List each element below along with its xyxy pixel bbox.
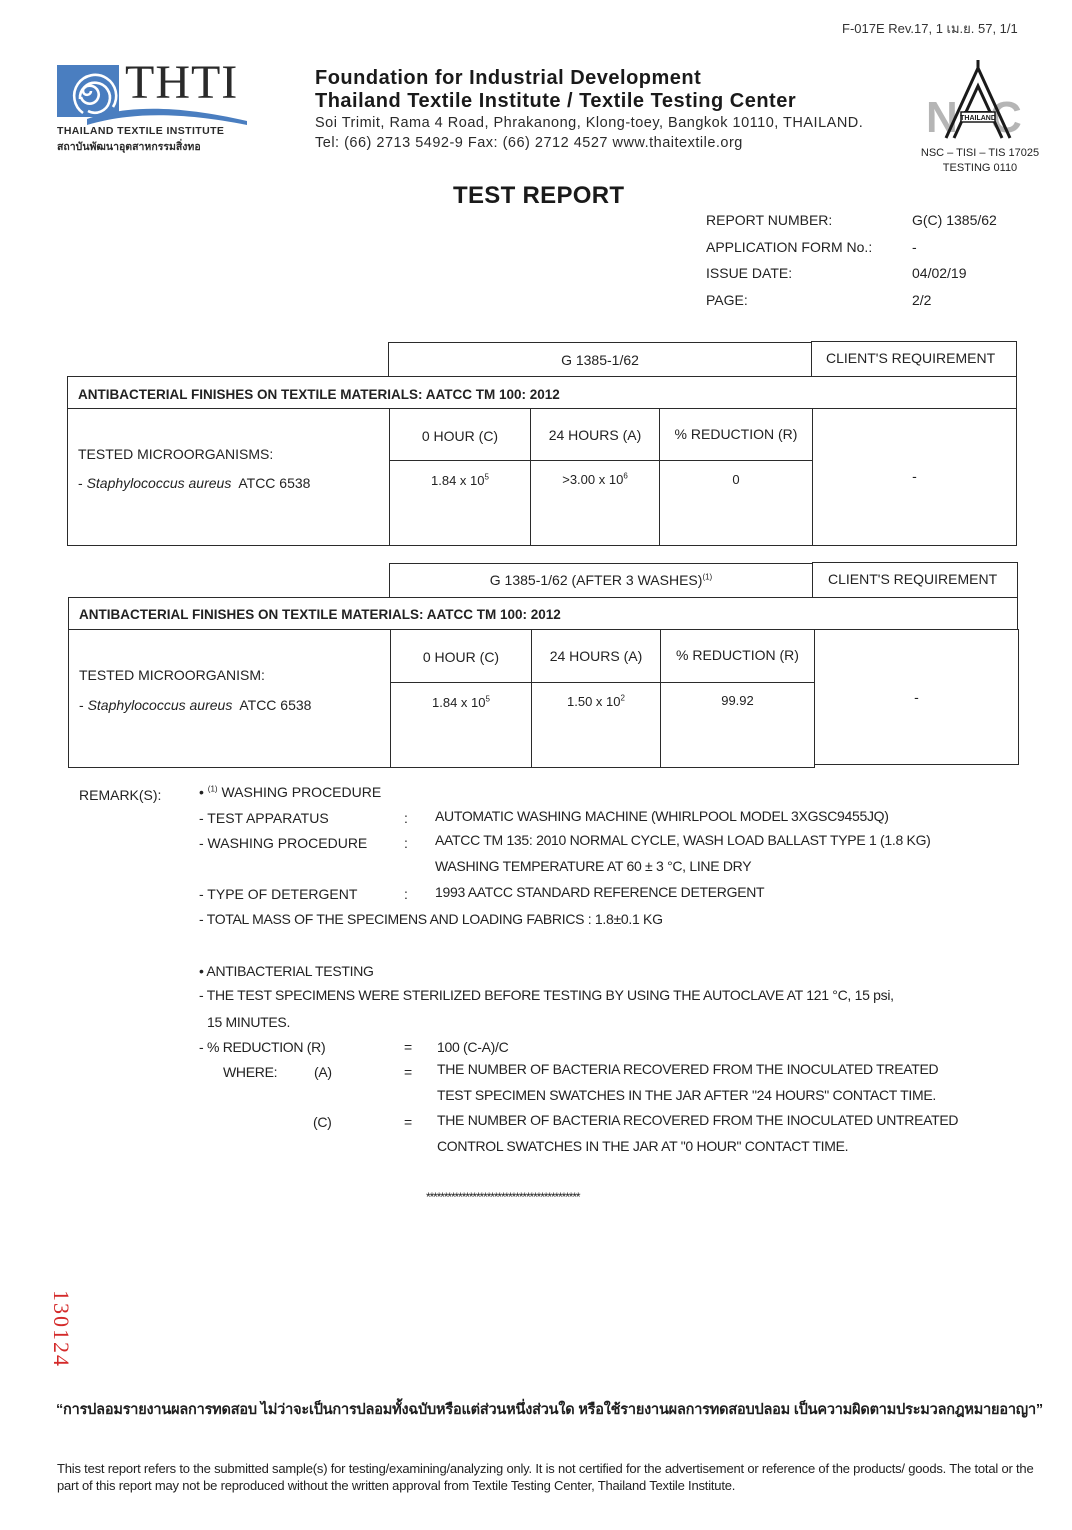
- meta-value: 04/02/19: [912, 265, 967, 281]
- remark-separator: :: [404, 886, 408, 902]
- meta-value: -: [912, 239, 917, 255]
- remark-value: AUTOMATIC WASHING MACHINE (WHIRLPOOL MOD…: [435, 808, 889, 824]
- c-label: (C): [313, 1114, 332, 1130]
- col-0-hour: 0 HOUR (C): [390, 649, 532, 665]
- organism: - Staphylococcus aureus ATCC 6538: [78, 475, 310, 491]
- remark-label: - WASHING PROCEDURE: [199, 835, 367, 851]
- col-0-hour: 0 HOUR (C): [389, 428, 531, 444]
- sterilization-line-2: 15 MINUTES.: [207, 1014, 290, 1030]
- client-requirement-header: CLIENT'S REQUIREMENT: [826, 350, 995, 366]
- serial-stamp: 130124: [44, 1290, 84, 1390]
- meta-value: 2/2: [912, 292, 931, 308]
- org-contact: Tel: (66) 2713 5492-9 Fax: (66) 2712 452…: [315, 133, 863, 153]
- remark-label: - TYPE OF DETERGENT: [199, 886, 357, 902]
- org-line-1: Foundation for Industrial Development: [315, 67, 863, 90]
- organism: - Staphylococcus aureus ATCC 6538: [79, 697, 311, 713]
- where-label: WHERE:: [223, 1064, 277, 1080]
- form-reference: F-017E Rev.17, 1 เม.ย. 57, 1/1: [842, 18, 1018, 39]
- remark-separator: :: [404, 810, 408, 826]
- col-24-hours: 24 HOURS (A): [531, 648, 661, 664]
- value-24-hours: 1.50 x 102: [531, 694, 661, 709]
- meta-label: ISSUE DATE:: [706, 265, 792, 281]
- stamp-number: 130124: [48, 1290, 74, 1368]
- nac-accreditation-icon: N C THAILAND: [928, 58, 1028, 146]
- c-definition-line-2: CONTROL SWATCHES IN THE JAR AT "0 HOUR" …: [437, 1138, 848, 1154]
- remark-value-continued: WASHING TEMPERATURE AT 60 ± 3 °C, LINE D…: [435, 858, 751, 874]
- accreditation-mark: N C THAILAND NSC – TISI – TIS 17025 TEST…: [922, 58, 1042, 178]
- a-definition-line-1: THE NUMBER OF BACTERIA RECOVERED FROM TH…: [437, 1061, 938, 1077]
- c-definition-line-1: THE NUMBER OF BACTERIA RECOVERED FROM TH…: [437, 1112, 958, 1128]
- formula-equals: =: [404, 1039, 412, 1055]
- organism-label: TESTED MICROORGANISM:: [79, 667, 265, 683]
- value-0-hour: 1.84 x 105: [390, 695, 532, 710]
- logo-name-en: THAILAND TEXTILE INSTITUTE: [57, 125, 224, 137]
- value-24-hours: >3.00 x 106: [530, 472, 660, 487]
- org-line-2: Thailand Textile Institute / Textile Tes…: [315, 90, 863, 113]
- meta-label: APPLICATION FORM No.:: [706, 239, 872, 255]
- remarks-label: REMARK(S):: [79, 787, 161, 803]
- report-title: TEST REPORT: [453, 182, 624, 210]
- accreditation-line-2: TESTING 0110: [910, 162, 1050, 174]
- a-definition-line-2: TEST SPECIMEN SWATCHES IN THE JAR AFTER …: [437, 1087, 936, 1103]
- col-24-hours: 24 HOURS (A): [530, 427, 660, 443]
- a-equals: =: [404, 1064, 412, 1080]
- a-label: (A): [314, 1064, 332, 1080]
- value-reduction: 0: [659, 472, 813, 487]
- remark-label: - TEST APPARATUS: [199, 810, 329, 826]
- organization-header: Foundation for Industrial Development Th…: [315, 67, 863, 153]
- client-requirement-value: -: [814, 689, 1019, 705]
- client-requirement-value: -: [812, 468, 1017, 484]
- disclaimer: This test report refers to the submitted…: [57, 1460, 1057, 1494]
- c-equals: =: [404, 1114, 412, 1130]
- thai-legal-warning: “การปลอมรายงานผลการทดสอบ ไม่ว่าจะเป็นการ…: [56, 1398, 1043, 1421]
- antibacterial-heading: • ANTIBACTERIAL TESTING: [199, 963, 374, 979]
- test-method: ANTIBACTERIAL FINISHES ON TEXTILE MATERI…: [78, 387, 560, 402]
- total-mass: - TOTAL MASS OF THE SPECIMENS AND LOADIN…: [199, 911, 663, 927]
- thti-logo: THTI THAILAND TEXTILE INSTITUTE สถาบันพั…: [57, 65, 243, 155]
- sample-id: G 1385-1/62: [388, 352, 812, 368]
- remark-value: 1993 AATCC STANDARD REFERENCE DETERGENT: [435, 884, 764, 900]
- formula-value: 100 (C-A)/C: [437, 1039, 508, 1055]
- end-of-report-marker: ****************************************…: [426, 1190, 580, 1204]
- svg-text:THAILAND: THAILAND: [960, 115, 996, 122]
- value-0-hour: 1.84 x 105: [389, 473, 531, 488]
- col-reduction: % REDUCTION (R): [659, 426, 813, 442]
- meta-label: PAGE:: [706, 292, 748, 308]
- org-address: Soi Trimit, Rama 4 Road, Phrakanong, Klo…: [315, 113, 863, 133]
- test-method: ANTIBACTERIAL FINISHES ON TEXTILE MATERI…: [79, 607, 561, 622]
- meta-value: G(C) 1385/62: [912, 212, 997, 228]
- svg-text:N: N: [928, 93, 958, 142]
- organism-label: TESTED MICROORGANISMS:: [78, 446, 273, 462]
- wave-icon: [87, 105, 247, 125]
- logo-name-th: สถาบันพัฒนาอุตสาหกรรมสิ่งทอ: [57, 138, 201, 155]
- formula-label: - % REDUCTION (R): [199, 1039, 325, 1055]
- logo-abbreviation: THTI: [125, 59, 238, 107]
- sample-id: G 1385-1/62 (AFTER 3 WASHES)(1): [389, 572, 813, 588]
- remark-separator: :: [404, 835, 408, 851]
- meta-label: REPORT NUMBER:: [706, 212, 832, 228]
- col-reduction: % REDUCTION (R): [660, 647, 815, 663]
- washing-heading: • (1) WASHING PROCEDURE: [199, 784, 381, 800]
- accreditation-line-1: NSC – TISI – TIS 17025: [910, 147, 1050, 159]
- sterilization-line-1: - THE TEST SPECIMENS WERE STERILIZED BEF…: [199, 987, 894, 1003]
- remark-value: AATCC TM 135: 2010 NORMAL CYCLE, WASH LO…: [435, 832, 931, 848]
- client-requirement-header: CLIENT'S REQUIREMENT: [828, 571, 997, 587]
- value-reduction: 99.92: [660, 693, 815, 708]
